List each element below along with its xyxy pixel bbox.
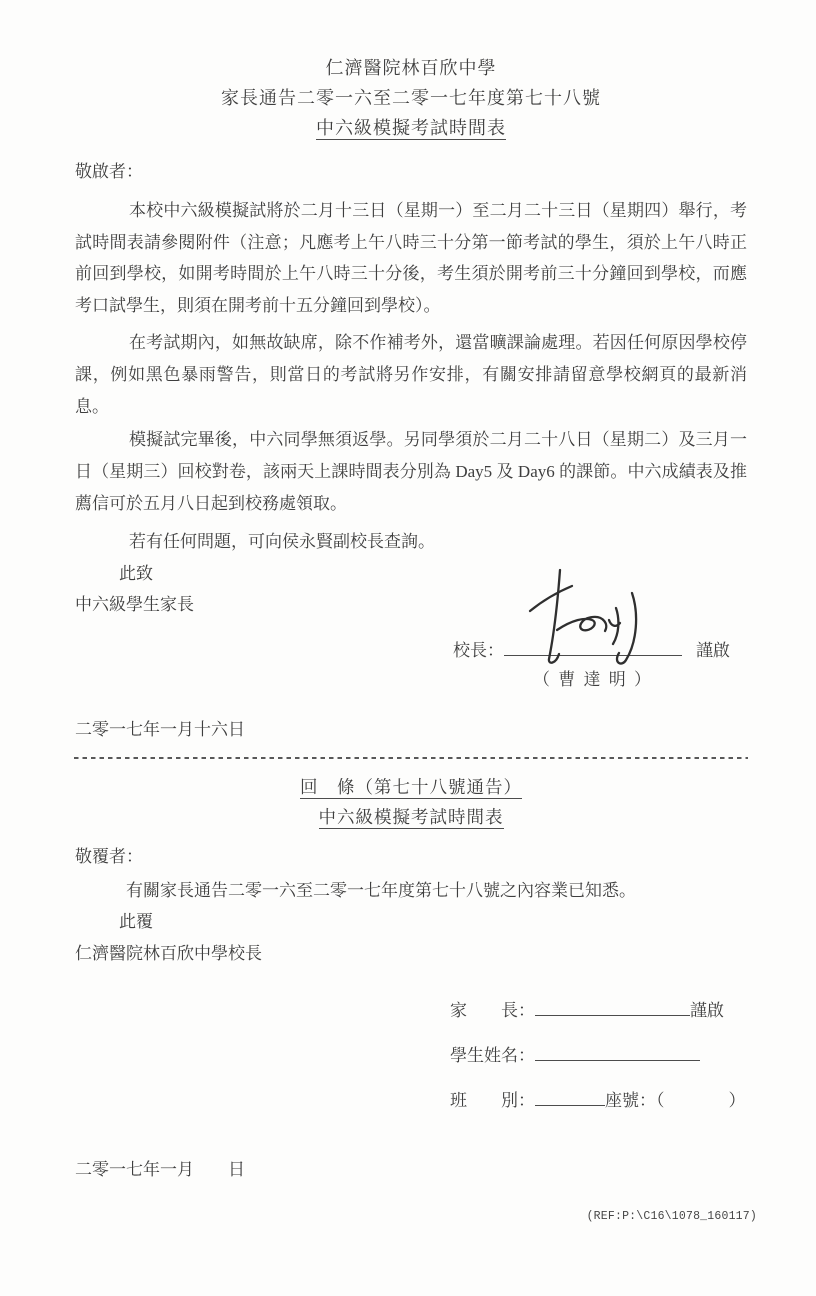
letter-subject-line: 中六級模擬考試時間表 [75, 113, 747, 143]
reply-subject-line: 中六級模擬考試時間表 [75, 802, 747, 832]
parent-label: 家 長： [450, 1001, 535, 1020]
reply-date: 二零一七年一月 日 [75, 1155, 245, 1180]
principal-signature-line [504, 639, 682, 656]
school-name: 仁濟醫院林百欣中學 [75, 53, 747, 83]
letter-paragraph-3: 模擬試完畢後，中六同學無須返學。另同學須於二月二十八日（星期二）及三月一日（星期… [75, 424, 747, 519]
class-seat-row: 班 別：座號：（） [450, 1085, 746, 1117]
notice-number-line: 家長通告二零一六至二零一七年度第七十八號 [75, 83, 747, 113]
principal-signature-row: 校長： 謹啟 [453, 638, 730, 664]
letter-head: 仁濟醫院林百欣中學 家長通告二零一六至二零一七年度第七十八號 中六級模擬考試時間… [75, 53, 747, 143]
reply-addressee: 仁濟醫院林百欣中學校長 [75, 938, 747, 970]
principal-signature-handwriting-icon [512, 567, 662, 669]
student-name-label: 學生姓名： [450, 1046, 535, 1065]
class-blank [535, 1089, 605, 1106]
parent-signature-row: 家 長：謹啟 [450, 995, 746, 1027]
letter-subject: 中六級模擬考試時間表 [316, 118, 506, 140]
principal-name: （ 曹 達 明 ） [533, 667, 730, 693]
reply-slip-head: 回 條（第七十八號通告） 中六級模擬考試時間表 [75, 772, 747, 832]
student-name-blank [535, 1044, 700, 1061]
principal-label: 校長： [453, 641, 504, 660]
reply-title: 回 條（第七十八號通告） [300, 777, 522, 799]
letter-date: 二零一七年一月十六日 [75, 715, 245, 740]
class-label: 班 別： [450, 1091, 535, 1110]
principal-signature-block: 校長： 謹啟 （ 曹 達 明 ） [453, 638, 730, 693]
principal-honorific: 謹啟 [696, 641, 730, 660]
letter-body: 敬啟者： 本校中六級模擬試將於二月十三日（星期一）至二月二十三日（星期四）舉行，… [75, 156, 747, 621]
reply-acknowledgement: 有關家長通告二零一六至二零一七年度第七十八號之內容業已知悉。 [75, 875, 747, 907]
letter-paragraph-4: 若有任何問題，可向侯永賢副校長查詢。 [75, 526, 747, 558]
reply-slip-body: 敬覆者： 有關家長通告二零一六至二零一七年度第七十八號之內容業已知悉。 此覆 仁… [75, 841, 747, 969]
seat-number-label: 座號：（ [605, 1091, 665, 1110]
letter-paragraph-2: 在考試期內，如無故缺席，除不作補考外，還當曠課論處理。若因任何原因學校停課，例如… [75, 327, 747, 422]
reply-salutation: 敬覆者： [75, 841, 747, 873]
seat-close-paren: ） [729, 1091, 746, 1110]
reply-title-line: 回 條（第七十八號通告） [75, 772, 747, 802]
parent-signature-blank [535, 999, 690, 1016]
reply-form: 家 長：謹啟 學生姓名： 班 別：座號：（） [450, 995, 746, 1130]
reply-closing: 此覆 [75, 906, 747, 938]
reference-number: (REF:P:\C16\1078_160117) [587, 1210, 757, 1223]
parent-honorific: 謹啟 [690, 1001, 724, 1020]
dashed-cut-line [74, 757, 748, 759]
scanned-letter-page: 仁濟醫院林百欣中學 家長通告二零一六至二零一七年度第七十八號 中六級模擬考試時間… [0, 0, 816, 1296]
student-name-row: 學生姓名： [450, 1040, 746, 1072]
letter-paragraph-1: 本校中六級模擬試將於二月十三日（星期一）至二月二十三日（星期四）舉行，考試時間表… [75, 195, 747, 322]
letter-salutation: 敬啟者： [75, 156, 747, 188]
reply-subject: 中六級模擬考試時間表 [319, 807, 504, 829]
